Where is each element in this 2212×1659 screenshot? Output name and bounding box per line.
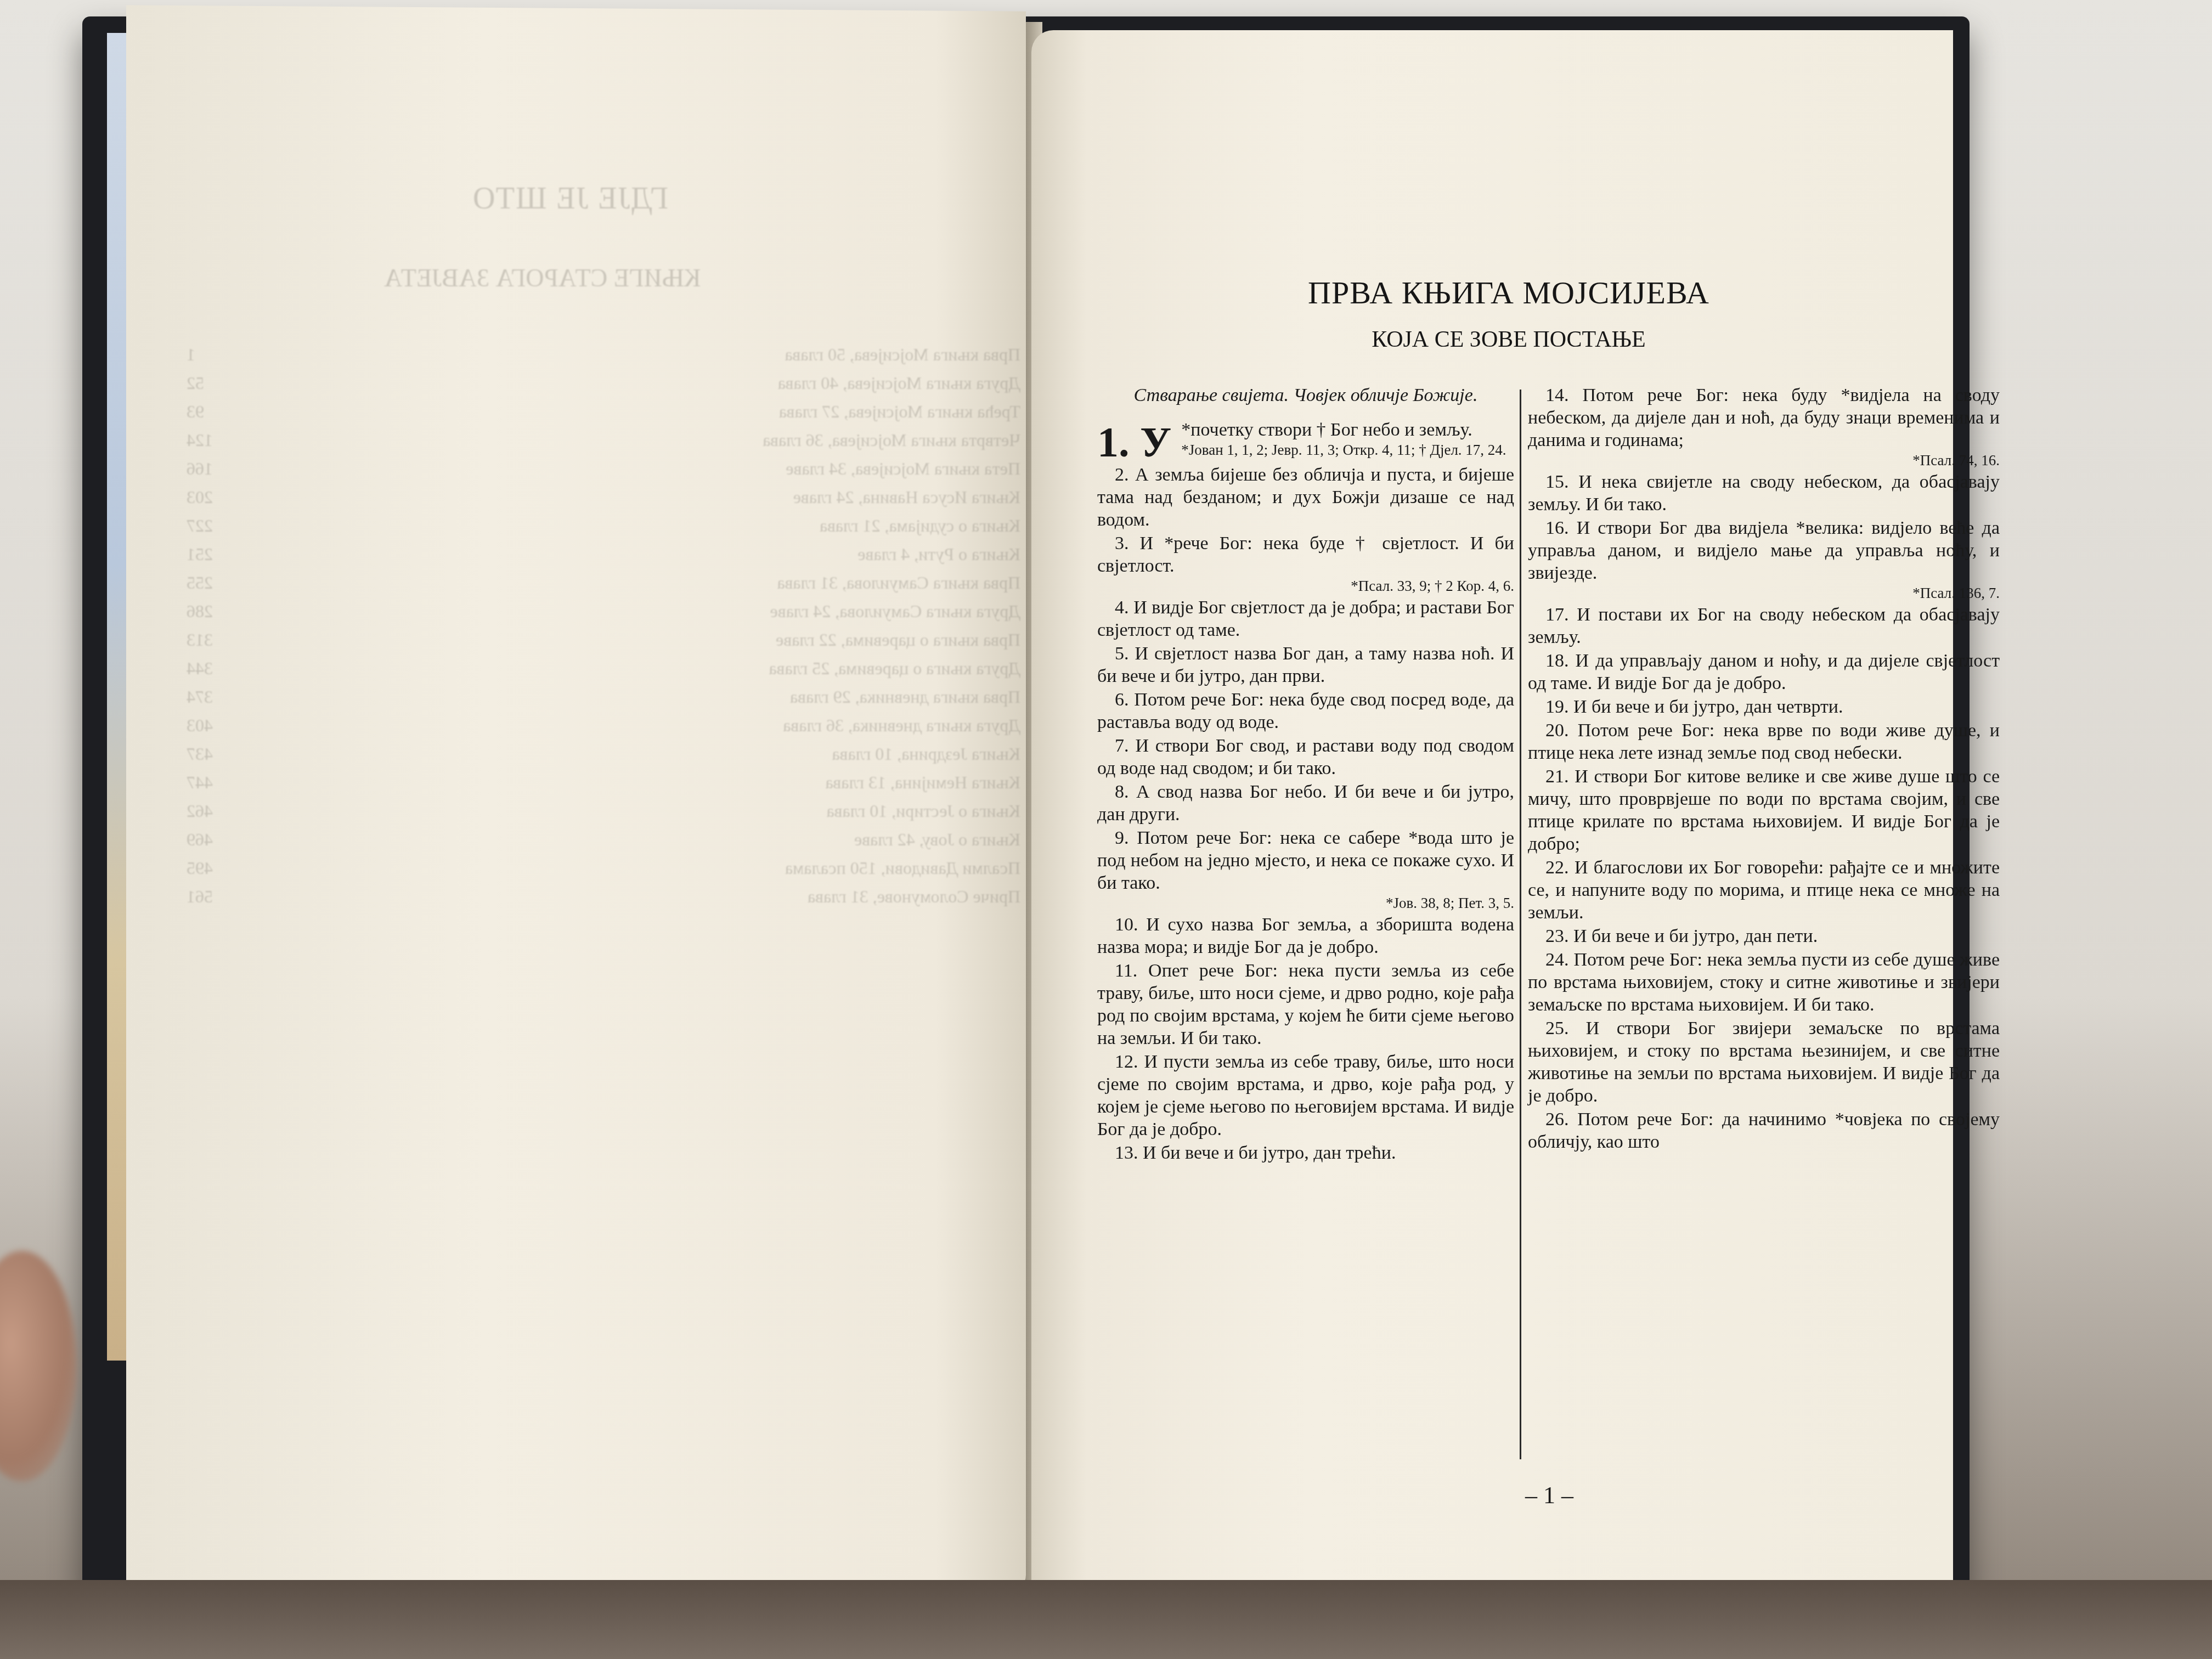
verse-text: 15. И нека свијетле на своду небеском, д… xyxy=(1528,472,2000,515)
verse-1: 1. У *почетку створи † Бог небо и земљу.… xyxy=(1097,419,1514,464)
toc-book: Друга књига о царевима, 25 глава xyxy=(769,654,1020,682)
table-shadow xyxy=(0,1580,2212,1659)
verse-text: 9. Потом рече Бог: нека се сабере *вода … xyxy=(1097,828,1514,893)
toc-row: Трећа књига Мојсијева, 27 глава93 xyxy=(187,397,1020,426)
verse-text: 4. И видје Бог свјетлост да је добра; и … xyxy=(1097,597,1514,640)
verse-18: 18. И да управљају даном и ноћу, и да ди… xyxy=(1528,650,2000,695)
verse-4: 4. И видје Бог свјетлост да је добра; и … xyxy=(1097,596,1514,641)
verse-text: 3. И *рече Бог: нека буде † свјетлост. И… xyxy=(1097,533,1514,576)
verse-6: 6. Потом рече Бог: нека буде свод посред… xyxy=(1097,689,1514,733)
cross-reference: *Псал. 33, 9; † 2 Кор. 4, 6. xyxy=(1097,577,1514,595)
toc-book: Књига о Јестири, 10 глава xyxy=(827,797,1020,825)
toc-book: Прва књига о царевима, 22 главе xyxy=(776,625,1020,654)
show-through-toc: Прва књига Мојсијева, 50 глава1Друга књи… xyxy=(187,340,1020,911)
verse-text: 2. А земља бијеше без обличја и пуста, и… xyxy=(1097,465,1514,530)
cross-reference: *Јов. 38, 8; Пет. 3, 5. xyxy=(1097,894,1514,912)
toc-book: Друга књига дневника, 36 глава xyxy=(783,711,1020,740)
verse-text: 19. И би вече и би јутро, дан четврти. xyxy=(1545,697,1843,717)
section-heading: Стварање свијета. Човјек обличје Божије. xyxy=(1097,384,1514,407)
verse-15: 15. И нека свијетле на своду небеском, д… xyxy=(1528,471,2000,516)
toc-page: 93 xyxy=(187,397,204,426)
cross-reference: *Псал. 74, 16. xyxy=(1528,452,2000,470)
verse-8: 8. А свод назва Бог небо. И би вече и би… xyxy=(1097,781,1514,826)
toc-row: Књига о судијама, 21 глава227 xyxy=(187,511,1020,540)
page-number: – 1 – xyxy=(1525,1481,1573,1509)
toc-page: 124 xyxy=(187,426,213,454)
toc-row: Књига о Јестири, 10 глава462 xyxy=(187,797,1020,825)
toc-book: Књига Исуса Навина, 24 главе xyxy=(793,483,1020,511)
toc-book: Четврта књига Мојсијева, 36 глава xyxy=(763,426,1020,454)
toc-book: Књига Јездрина, 10 глава xyxy=(832,740,1020,768)
toc-row: Књига о Рути, 4 главе251 xyxy=(187,540,1020,568)
dropcap-letter: У xyxy=(1140,418,1171,466)
verse-16: 16. И створи Бог два видјела *велика: ви… xyxy=(1528,517,2000,602)
verse-text: 20. Потом рече Бог: нека врве по води жи… xyxy=(1528,720,2000,763)
toc-book: Псалми Давидови, 150 псалама xyxy=(785,854,1020,882)
verse-text: 26. Потом рече Бог: да начинимо *човјека… xyxy=(1528,1109,2000,1152)
verse-13: 13. И би вече и би јутро, дан трећи. xyxy=(1097,1142,1514,1164)
verse-text: *почетку створи † Бог небо и земљу. xyxy=(1181,420,1472,440)
verse-text: 6. Потом рече Бог: нека буде свод посред… xyxy=(1097,690,1514,732)
verse-text: 14. Потом рече Бог: нека буду *видјела н… xyxy=(1528,385,2000,450)
verse-text: 17. И постави их Бог на своду небеском д… xyxy=(1528,605,2000,647)
toc-row: Књига о Јову, 42 главе469 xyxy=(187,825,1020,854)
toc-row: Књига Немијина, 13 глава447 xyxy=(187,768,1020,797)
cross-reference: *Јован 1, 1, 2; Јевр. 11, 3; Откр. 4, 11… xyxy=(1181,441,1506,459)
toc-page: 561 xyxy=(187,882,213,911)
toc-row: Друга књига Мојсијева, 40 глава52 xyxy=(187,369,1020,397)
verse-text: 7. И створи Бог свод, и растави воду под… xyxy=(1097,736,1514,778)
cross-reference: *Псал. 136, 7. xyxy=(1528,584,2000,602)
toc-book: Књига о судијама, 21 глава xyxy=(820,511,1020,540)
verse-text: 16. И створи Бог два видјела *велика: ви… xyxy=(1528,518,2000,583)
verse-12: 12. И пусти земља из себе траву, биље, ш… xyxy=(1097,1051,1514,1141)
toc-page: 403 xyxy=(187,711,213,740)
text-column-left: Стварање свијета. Човјек обличје Божије.… xyxy=(1097,384,1514,1165)
toc-page: 495 xyxy=(187,854,213,882)
verse-text: 25. И створи Бог звијери земаљске по врс… xyxy=(1528,1018,2000,1106)
verse-text: 5. И свјетлост назва Бог дан, а таму наз… xyxy=(1097,644,1514,686)
toc-row: Прва књига Самуилова, 31 глава255 xyxy=(187,568,1020,597)
toc-page: 52 xyxy=(187,369,204,397)
book-title: ПРВА КЊИГА МОЈСИЈЕВА xyxy=(1234,274,1783,311)
verse-text: 24. Потом рече Бог: нека земља пусти из … xyxy=(1528,950,2000,1015)
text-column-right: 14. Потом рече Бог: нека буду *видјела н… xyxy=(1528,384,2000,1154)
toc-book: Приче Соломунове, 31 глава xyxy=(808,882,1020,911)
verse-text: 18. И да управљају даном и ноћу, и да ди… xyxy=(1528,651,2000,693)
toc-row: Друга књига Самуилова, 24 главе286 xyxy=(187,597,1020,625)
verse-2: 2. А земља бијеше без обличја и пуста, и… xyxy=(1097,464,1514,531)
verse-text: 10. И сухо назва Бог земља, а зборишта в… xyxy=(1097,915,1514,957)
verse-text: 23. И би вече и би јутро, дан пети. xyxy=(1545,926,1818,946)
toc-page: 344 xyxy=(187,654,213,682)
toc-page: 313 xyxy=(187,625,213,654)
toc-row: Прва књига дневника, 29 глава374 xyxy=(187,682,1020,711)
toc-page: 469 xyxy=(187,825,213,854)
toc-book: Прва књига дневника, 29 глава xyxy=(790,682,1020,711)
toc-row: Књига Исуса Навина, 24 главе203 xyxy=(187,483,1020,511)
toc-page: 255 xyxy=(187,568,213,597)
verse-11: 11. Опет рече Бог: нека пусти земља из с… xyxy=(1097,960,1514,1049)
verse-list: 2. А земља бијеше без обличја и пуста, и… xyxy=(1097,464,1514,1164)
verse-22: 22. И благослови их Бог говорећи: рађајт… xyxy=(1528,856,2000,924)
toc-page: 447 xyxy=(187,768,213,797)
verse-text: 21. И створи Бог китове велике и све жив… xyxy=(1528,766,2000,854)
verse-21: 21. И створи Бог китове велике и све жив… xyxy=(1528,765,2000,855)
toc-book: Књига Немијина, 13 глава xyxy=(825,768,1020,797)
verse-24: 24. Потом рече Бог: нека земља пусти из … xyxy=(1528,949,2000,1016)
toc-page: 166 xyxy=(187,454,213,483)
toc-page: 1 xyxy=(187,340,195,369)
toc-row: Књига Јездрина, 10 глава437 xyxy=(187,740,1020,768)
verse-text: 22. И благослови их Бог говорећи: рађајт… xyxy=(1528,857,2000,923)
toc-page: 227 xyxy=(187,511,213,540)
toc-book: Друга књига Мојсијева, 40 глава xyxy=(778,369,1020,397)
show-through-title: ГДЈЕ ЈЕ ШТО xyxy=(472,181,668,216)
toc-row: Прва књига о царевима, 22 главе313 xyxy=(187,625,1020,654)
verse-5: 5. И свјетлост назва Бог дан, а таму наз… xyxy=(1097,642,1514,687)
verse-3: 3. И *рече Бог: нека буде † свјетлост. И… xyxy=(1097,532,1514,595)
verse-20: 20. Потом рече Бог: нека врве по води жи… xyxy=(1528,719,2000,764)
toc-book: Књига о Рути, 4 главе xyxy=(857,540,1020,568)
toc-book: Пета књига Мојсијева, 34 главе xyxy=(786,454,1020,483)
verse-text: 12. И пусти земља из себе траву, биље, ш… xyxy=(1097,1052,1514,1139)
toc-page: 374 xyxy=(187,682,213,711)
toc-row: Друга књига дневника, 36 глава403 xyxy=(187,711,1020,740)
toc-page: 203 xyxy=(187,483,213,511)
toc-row: Пета књига Мојсијева, 34 главе166 xyxy=(187,454,1020,483)
verse-25: 25. И створи Бог звијери земаљске по врс… xyxy=(1528,1017,2000,1107)
book-subtitle: КОЈА СЕ ЗОВЕ ПОСТАЊЕ xyxy=(1234,326,1783,353)
verse-26: 26. Потом рече Бог: да начинимо *човјека… xyxy=(1528,1108,2000,1153)
toc-page: 251 xyxy=(187,540,213,568)
verse-text: 13. И би вече и би јутро, дан трећи. xyxy=(1115,1143,1396,1163)
toc-book: Прва књига Самуилова, 31 глава xyxy=(777,568,1020,597)
toc-row: Четврта књига Мојсијева, 36 глава124 xyxy=(187,426,1020,454)
toc-book: Књига о Јову, 42 главе xyxy=(854,825,1020,854)
column-divider xyxy=(1520,390,1521,1459)
toc-book: Трећа књига Мојсијева, 27 глава xyxy=(779,397,1020,426)
toc-row: Псалми Давидови, 150 псалама495 xyxy=(187,854,1020,882)
toc-row: Прва књига Мојсијева, 50 глава1 xyxy=(187,340,1020,369)
toc-row: Приче Соломунове, 31 глава561 xyxy=(187,882,1020,911)
verse-text: 8. А свод назва Бог небо. И би вече и би… xyxy=(1097,782,1514,825)
verse-19: 19. И би вече и би јутро, дан четврти. xyxy=(1528,696,2000,718)
verse-9: 9. Потом рече Бог: нека се сабере *вода … xyxy=(1097,827,1514,912)
verse-14: 14. Потом рече Бог: нека буду *видјела н… xyxy=(1528,384,2000,470)
verse-text: 11. Опет рече Бог: нека пусти земља из с… xyxy=(1097,961,1514,1048)
verse-10: 10. И сухо назва Бог земља, а зборишта в… xyxy=(1097,913,1514,958)
verse-23: 23. И би вече и би јутро, дан пети. xyxy=(1528,925,2000,947)
verse-7: 7. И створи Бог свод, и растави воду под… xyxy=(1097,735,1514,780)
toc-book: Друга књига Самуилова, 24 главе xyxy=(770,597,1020,625)
chapter-dropcap: 1. У xyxy=(1097,421,1171,464)
chapter-number: 1. xyxy=(1097,418,1130,466)
toc-row: Друга књига о царевима, 25 глава344 xyxy=(187,654,1020,682)
toc-page: 286 xyxy=(187,597,213,625)
verse-17: 17. И постави их Бог на своду небеском д… xyxy=(1528,603,2000,648)
toc-page: 437 xyxy=(187,740,213,768)
toc-page: 462 xyxy=(187,797,213,825)
show-through-subtitle: КЊИГЕ СТАРОГА ЗАВЈЕТА xyxy=(384,263,701,292)
toc-book: Прва књига Мојсијева, 50 глава xyxy=(785,340,1020,369)
